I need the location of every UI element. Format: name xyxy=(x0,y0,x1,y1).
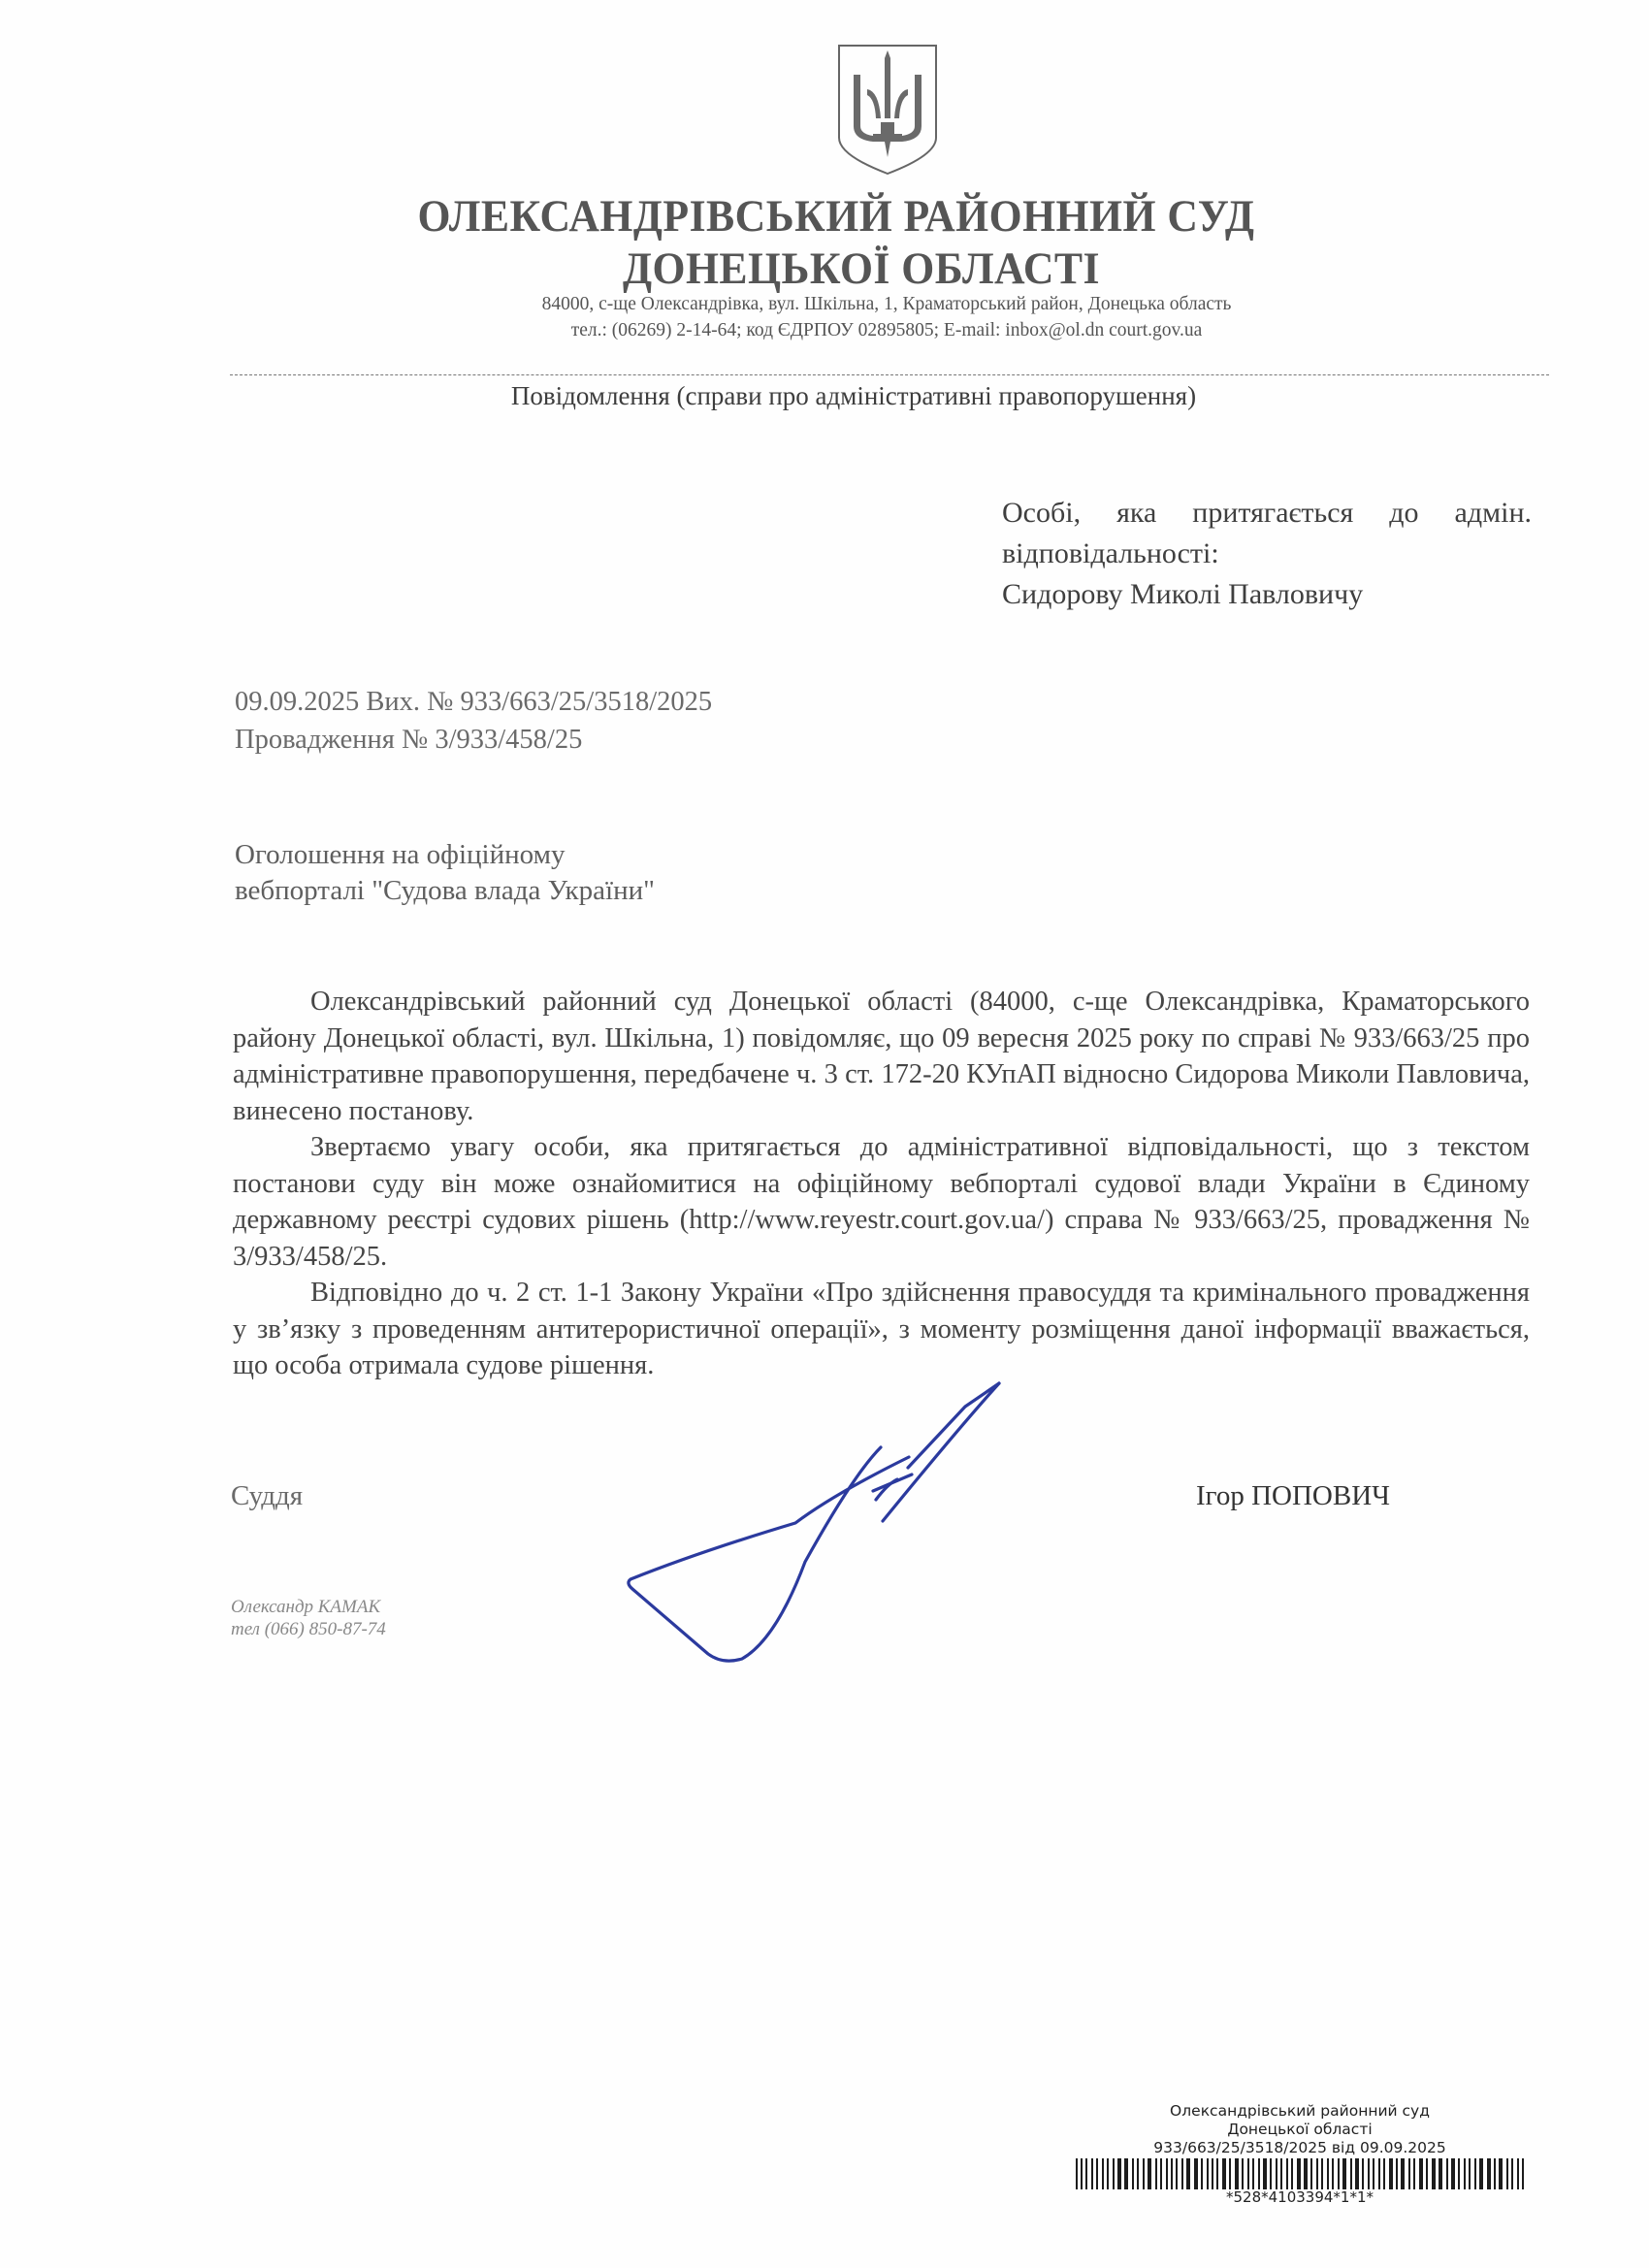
addressee-name: Сидорову Миколі Павловичу xyxy=(1002,574,1532,615)
judge-name: Ігор ПОПОВИЧ xyxy=(1196,1480,1390,1512)
court-name-line2: ДОНЕЦЬКОЇ ОБЛАСТІ xyxy=(95,243,1629,295)
subject-block: Оголошення на офіційному вебпорталі "Суд… xyxy=(235,837,655,909)
reference-block: 09.09.2025 Вих. № 933/663/25/3518/2025 П… xyxy=(235,683,712,759)
judge-role-label: Суддя xyxy=(231,1480,303,1512)
proceeding-number: Провадження № 3/933/458/25 xyxy=(235,721,712,759)
court-contacts: тел.: (06269) 2-14-64; код ЄДРПОУ 028958… xyxy=(62,320,1649,341)
stamp-line2: Донецької області xyxy=(1062,2121,1537,2139)
body-paragraph-2: Звертаємо увагу особи, яка притягається … xyxy=(233,1129,1530,1275)
stamp-line1: Олександрівський районний суд xyxy=(1062,2102,1537,2121)
addressee-line1: Особі, яка притягається до адмін. xyxy=(1002,493,1532,534)
document-page: ОЛЕКСАНДРІВСЬКИЙ РАЙОННИЙ СУД ДОНЕЦЬКОЇ … xyxy=(0,0,1649,2268)
notice-type-heading: Повідомлення (справи про адміністративні… xyxy=(0,381,1649,411)
barcode-number: *528*4103394*1*1* xyxy=(1062,2189,1537,2206)
registration-stamp: Олександрівський районний суд Донецької … xyxy=(1062,2102,1537,2206)
court-name-line1: ОЛЕКСАНДРІВСЬКИЙ РАЙОННИЙ СУД xyxy=(70,190,1603,243)
addressee-block: Особі, яка притягається до адмін. відпов… xyxy=(1002,493,1532,615)
barcode xyxy=(1076,2158,1525,2189)
executor-name: Олександр КАМАК xyxy=(231,1596,386,1618)
notice-body: Олександрівський районний суд Донецької … xyxy=(233,984,1530,1384)
stamp-line3: 933/663/25/3518/2025 від 09.09.2025 xyxy=(1062,2139,1537,2157)
header-divider xyxy=(230,374,1549,375)
outgoing-number: 09.09.2025 Вих. № 933/663/25/3518/2025 xyxy=(235,683,712,721)
court-address: 84000, с-ще Олександрівка, вул. Шкільна,… xyxy=(62,294,1649,315)
executor-phone: тел (066) 850-87-74 xyxy=(231,1618,386,1640)
body-paragraph-1: Олександрівський районний суд Донецької … xyxy=(233,984,1530,1129)
subject-line1: Оголошення на офіційному xyxy=(235,837,655,873)
subject-line2: вебпорталі "Судова влада України" xyxy=(235,873,655,909)
body-paragraph-3: Відповідно до ч. 2 ст. 1-1 Закону Україн… xyxy=(233,1275,1530,1384)
addressee-line2: відповідальності: xyxy=(1002,534,1532,574)
executor-block: Олександр КАМАК тел (066) 850-87-74 xyxy=(231,1596,386,1640)
trident-emblem-icon xyxy=(834,41,941,177)
